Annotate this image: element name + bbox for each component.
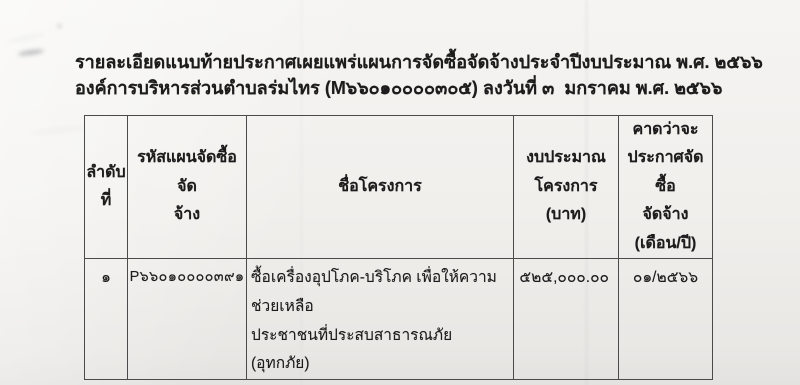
col-header-budget: งบประมาณ โครงการ (บาท) xyxy=(514,116,619,259)
table-header-row: ลำดับ ที่ รหัสแผนจัดซื้อจัด จ้าง ชื่อโคร… xyxy=(85,116,713,259)
procurement-plan-table: ลำดับ ที่ รหัสแผนจัดซื้อจัด จ้าง ชื่อโคร… xyxy=(84,115,713,380)
scan-artifact xyxy=(30,125,85,136)
scan-artifact xyxy=(57,24,62,28)
col-header-order: ลำดับ ที่ xyxy=(85,116,128,259)
cell-announce-date: ๐๑/๒๕๖๖ xyxy=(619,259,713,380)
cell-order-number: ๑ xyxy=(85,259,128,380)
scan-artifact xyxy=(18,48,44,57)
document-title: รายละเอียดแนบท้ายประกาศเผยแพร่แผนการจัดซ… xyxy=(75,49,715,103)
col-header-project-name: ชื่อโครงการ xyxy=(247,116,514,259)
col-header-announce-date: คาดว่าจะ ประกาศจัดซื้อ จัดจ้าง (เดือน/ปี… xyxy=(619,116,713,259)
cell-budget-amount: ๕๒๕,๐๐๐.๐๐ xyxy=(514,259,619,380)
col-header-plan-code: รหัสแผนจัดซื้อจัด จ้าง xyxy=(128,116,247,259)
cell-plan-code: P๖๖๐๑๐๐๐๐๓๙๑ xyxy=(128,259,247,380)
cell-project-name: ซื้อเครื่องอุปโภค-บริโภค เพื่อให้ความช่ว… xyxy=(247,259,514,380)
table-row: ๑ P๖๖๐๑๐๐๐๐๓๙๑ ซื้อเครื่องอุปโภค-บริโภค … xyxy=(85,259,713,380)
scanned-document-page: รายละเอียดแนบท้ายประกาศเผยแพร่แผนการจัดซ… xyxy=(0,0,800,385)
title-line-2: องค์การบริหารส่วนตำบลร่มไทร (M๖๖๐๑๐๐๐๐๓๐… xyxy=(75,75,715,103)
scan-artifact xyxy=(6,32,46,44)
title-line-1: รายละเอียดแนบท้ายประกาศเผยแพร่แผนการจัดซ… xyxy=(75,49,715,75)
